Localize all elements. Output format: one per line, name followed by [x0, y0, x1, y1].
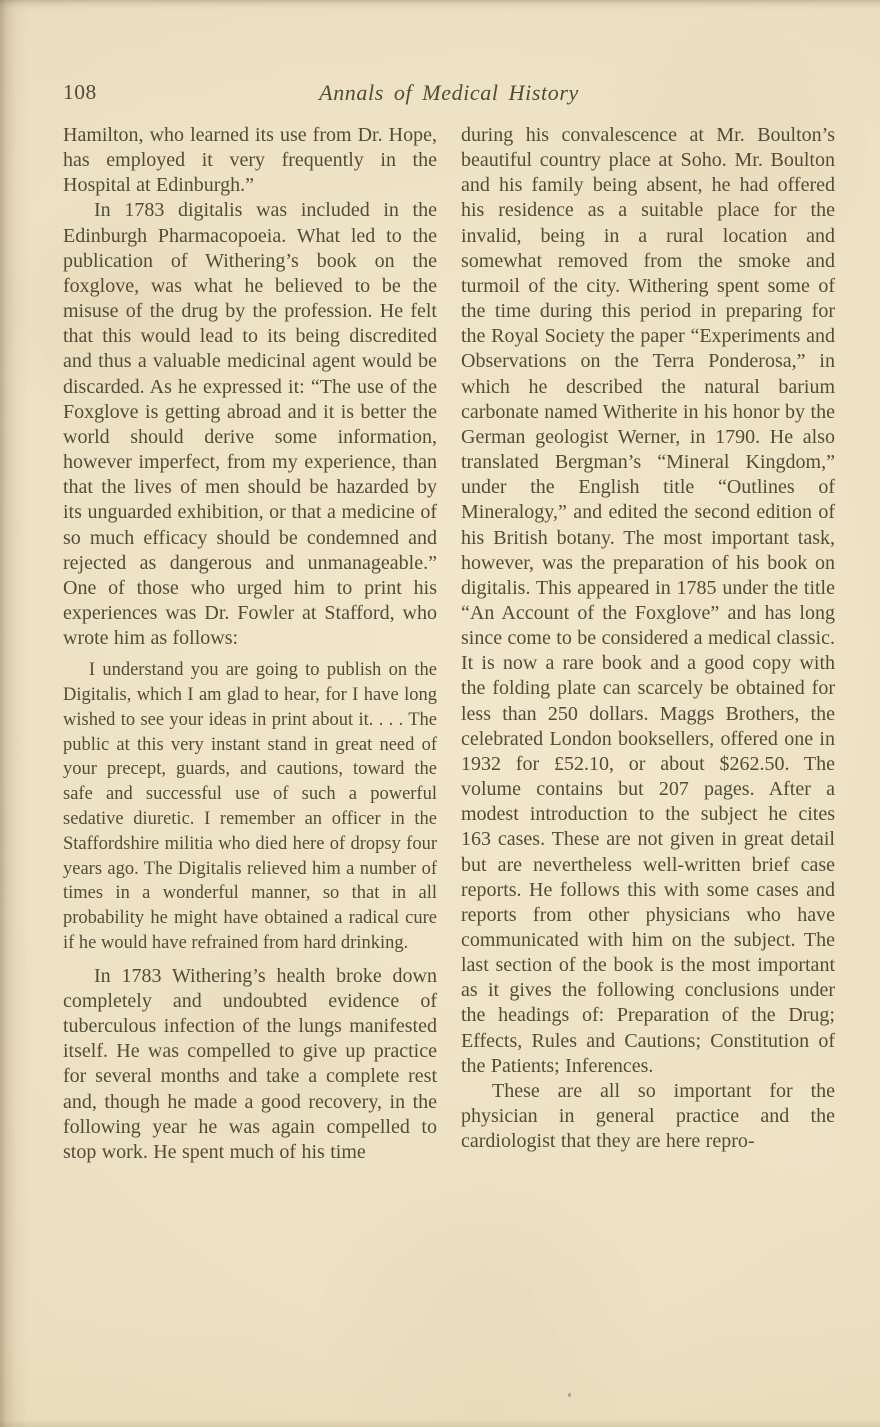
running-header: 108 Annals of Medical History	[63, 80, 835, 106]
paragraph: during his convalescence at Mr. Boulton’…	[461, 123, 835, 1079]
paper-speck	[568, 1393, 571, 1397]
paragraph: In 1783 digitalis was included in the Ed…	[63, 198, 437, 651]
block-quote: I understand you are going to publish on…	[63, 658, 437, 956]
paragraph: In 1783 Withering’s health broke down co…	[63, 964, 437, 1165]
paragraph: These are all so important for the physi…	[461, 1079, 835, 1154]
top-edge-shadow	[0, 0, 880, 10]
journal-title: Annals of Medical History	[63, 80, 835, 106]
left-edge-shadow	[0, 0, 28, 1427]
text-columns: Hamilton, who learned its use from Dr. H…	[63, 123, 835, 1165]
column-left: Hamilton, who learned its use from Dr. H…	[63, 123, 437, 1165]
paragraph: Hamilton, who learned its use from Dr. H…	[63, 123, 437, 198]
book-page: 108 Annals of Medical History Hamilton, …	[0, 0, 880, 1427]
column-right: during his convalescence at Mr. Boulton’…	[461, 123, 835, 1165]
bottom-edge-shadow	[0, 1419, 880, 1427]
